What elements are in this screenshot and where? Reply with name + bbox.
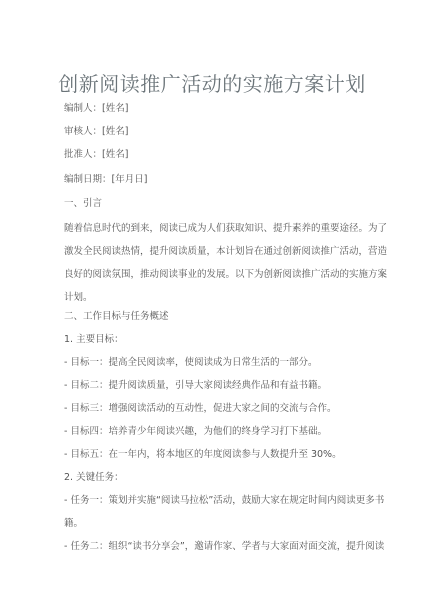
goal-item: - 目标一：提高全民阅读率，使阅读成为日常生活的一部分。 bbox=[64, 357, 317, 369]
task-item: - 任务二：组织“读书分享会”，邀请作家、学者与大家面对面交流，提升阅读 bbox=[64, 541, 384, 553]
tasks-heading: 2. 关键任务： bbox=[64, 472, 124, 484]
editor-field: 编制人：[姓名] bbox=[64, 103, 128, 115]
goal-item: - 目标四：培养青少年阅读兴趣，为他们的终身学习打下基础。 bbox=[64, 426, 327, 438]
goal-item: - 目标五：在一年内，将本地区的年度阅读参与人数提升至 30%。 bbox=[64, 449, 342, 461]
paragraph-line: 计划。 bbox=[64, 292, 93, 304]
paragraph-line: 随着信息时代的到来，阅读已成为人们获取知识、提升素养的重要途径。为了 bbox=[64, 223, 387, 235]
section-heading-goals-tasks: 二、工作目标与任务概述 bbox=[64, 311, 169, 323]
goals-heading: 1. 主要目标： bbox=[64, 334, 124, 346]
task-item-continuation: 籍。 bbox=[64, 518, 83, 530]
task-item: - 任务一：策划并实施“阅读马拉松”活动，鼓励大家在规定时间内阅读更多书 bbox=[64, 495, 384, 507]
reviewer-field: 审核人：[姓名] bbox=[64, 126, 128, 138]
goal-item: - 目标三：增强阅读活动的互动性，促进大家之间的交流与合作。 bbox=[64, 403, 336, 415]
paragraph-line: 良好的阅读氛围，推动阅读事业的发展。以下为创新阅读推广活动的实施方案 bbox=[64, 269, 387, 281]
document-title: 创新阅读推广活动的实施方案计划 bbox=[0, 68, 424, 97]
date-field: 编制日期：[年月日] bbox=[64, 174, 147, 186]
paragraph-line: 激发全民阅读热情，提升阅读质量，本计划旨在通过创新阅读推广活动，营造 bbox=[64, 246, 387, 258]
goal-item: - 目标二：提升阅读质量，引导大家阅读经典作品和有益书籍。 bbox=[64, 380, 327, 392]
approver-field: 批准人：[姓名] bbox=[64, 149, 128, 161]
section-heading-intro: 一、引言 bbox=[64, 198, 102, 210]
